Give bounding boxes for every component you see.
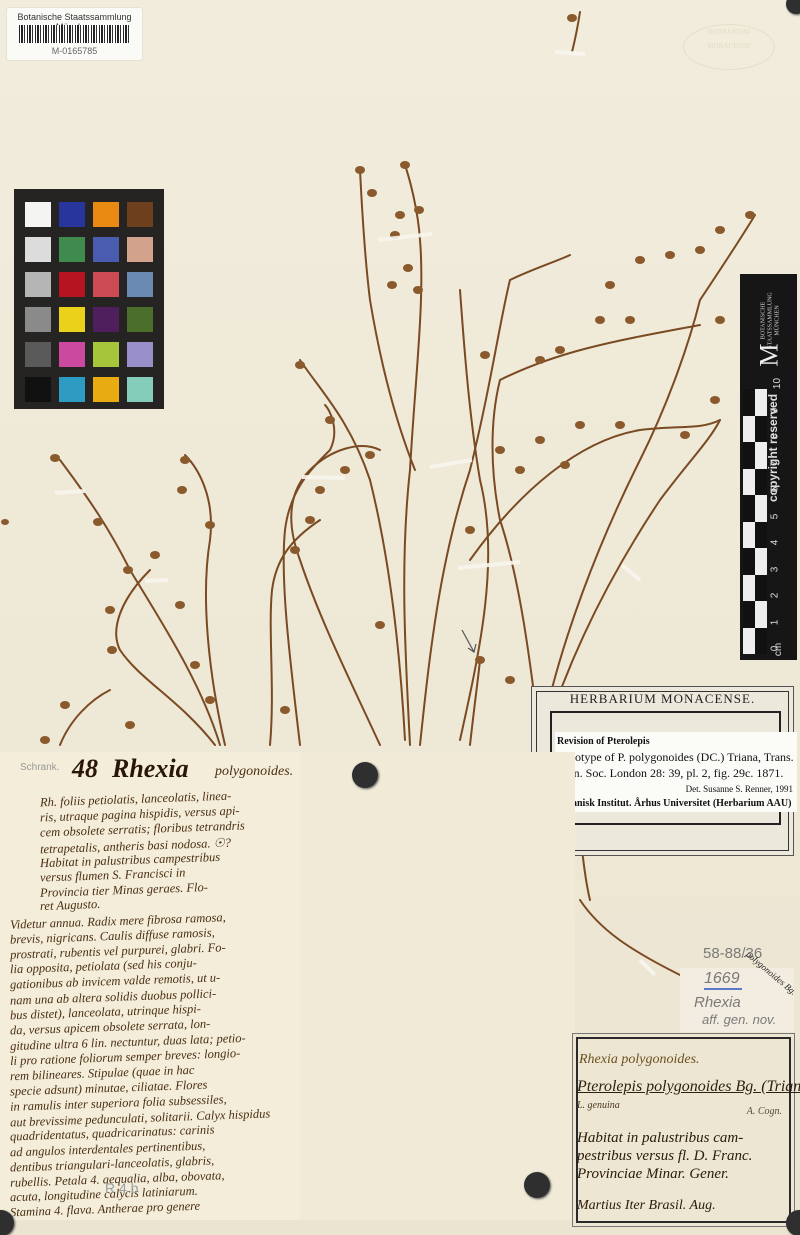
ruler-segment bbox=[743, 442, 755, 469]
scale-tick-label: 3 bbox=[769, 566, 780, 572]
color-swatch bbox=[25, 377, 51, 402]
mounting-pin bbox=[352, 762, 378, 788]
color-swatch bbox=[93, 342, 119, 367]
color-calibration-chart bbox=[14, 189, 164, 409]
pencil-note: R 4 b bbox=[105, 1180, 138, 1196]
institution-logo: BOTANISCHE STAATSSAMMLUNG MÜNCHEN M bbox=[744, 282, 794, 382]
barcode-icon bbox=[19, 25, 130, 43]
color-swatch bbox=[59, 237, 85, 262]
herbarium-sheet: Botanische Staatssammlung München M-0165… bbox=[0, 0, 800, 1235]
barcode-number: M-0165785 bbox=[7, 46, 142, 56]
revision-citation-line: Linn. Soc. London 28: 39, pl. 2, fig. 29… bbox=[557, 766, 783, 781]
scale-tick-label: 6 bbox=[769, 487, 780, 493]
mounting-pin bbox=[524, 1172, 550, 1198]
scale-tick-label: 8 bbox=[769, 434, 780, 440]
revision-institute: Botanisk Institut. Århus Universitet (He… bbox=[557, 798, 791, 809]
collection-remark: aff. gen. nov. bbox=[702, 1012, 776, 1027]
color-swatch bbox=[25, 342, 51, 367]
monogram-icon: M bbox=[755, 343, 785, 366]
color-swatch bbox=[127, 307, 153, 332]
revision-type-line: Holotype of P. polygonoides (DC.) Triana… bbox=[557, 750, 794, 765]
ruler-segment bbox=[755, 416, 767, 443]
scale-tick-label: 7 bbox=[769, 460, 780, 466]
scale-tick-label: 1 bbox=[769, 619, 780, 625]
scale-tick-label: 5 bbox=[769, 513, 780, 519]
manuscript-sheet: Schrank. 48 Rhexia polygonoides. Rh. fol… bbox=[0, 752, 575, 1220]
det-line-5: pestribus versus fl. D. Franc. bbox=[577, 1148, 752, 1165]
det-line-2: Pterolepis polygonoides Bg. (Triana) bbox=[577, 1078, 800, 1096]
color-swatch bbox=[25, 202, 51, 227]
copyright-text: copyright reserved bbox=[766, 382, 780, 502]
ruler-segment bbox=[755, 469, 767, 496]
genus-name: Rhexia bbox=[112, 754, 189, 784]
color-swatch bbox=[127, 237, 153, 262]
stamp-line-2: MONACENSE bbox=[684, 39, 774, 53]
det-author: A. Cogn. bbox=[747, 1106, 782, 1117]
ruler-segment bbox=[755, 522, 767, 549]
color-swatch bbox=[127, 202, 153, 227]
det-line-4: Habitat in palustribus cam- bbox=[577, 1130, 743, 1147]
revision-heading: Revision of Pterolepis bbox=[557, 736, 650, 747]
ruler-segment bbox=[743, 495, 755, 522]
color-swatch bbox=[127, 342, 153, 367]
manuscript-left-page: Schrank. 48 Rhexia polygonoides. Rh. fol… bbox=[0, 752, 301, 1220]
color-swatch bbox=[59, 307, 85, 332]
embossed-stamp: HERBARIUM MONACENSE bbox=[683, 24, 775, 70]
color-swatch bbox=[93, 307, 119, 332]
determination-label: Rhexia polygonoides. Pterolepis polygono… bbox=[572, 1033, 795, 1227]
ruler-segment bbox=[755, 628, 767, 655]
color-swatch bbox=[127, 272, 153, 297]
scale-tick-label: 10 bbox=[772, 378, 783, 389]
color-swatch bbox=[59, 377, 85, 402]
det-line-7: Martius Iter Brasil. Aug. bbox=[577, 1198, 716, 1214]
ruler bbox=[743, 389, 767, 654]
ruler-segment bbox=[743, 548, 755, 575]
stamp-line-1: HERBARIUM bbox=[684, 25, 774, 39]
det-line-3: L. genuina bbox=[577, 1100, 620, 1111]
determiner: Det. Susanne S. Renner, 1991 bbox=[686, 784, 793, 794]
color-swatch bbox=[93, 237, 119, 262]
ruler-segment bbox=[755, 575, 767, 602]
collection-note: 1669 polygonoides Bg. Rhexia aff. gen. n… bbox=[680, 968, 794, 1032]
herbarium-title: HERBARIUM MONACENSE. bbox=[532, 691, 793, 707]
scale-tick-label: 2 bbox=[769, 593, 780, 599]
species-name: polygonoides. bbox=[215, 764, 293, 780]
ruler-segment bbox=[743, 601, 755, 628]
barcode-label: Botanische Staatssammlung München M-0165… bbox=[7, 8, 142, 60]
blue-underline bbox=[704, 988, 742, 990]
color-swatch bbox=[25, 237, 51, 262]
color-swatch bbox=[59, 202, 85, 227]
collection-number: 1669 bbox=[704, 970, 740, 988]
manuscript-right-page bbox=[300, 752, 575, 1220]
color-swatch bbox=[25, 272, 51, 297]
manuscript-line: ret Augusto. bbox=[40, 897, 101, 914]
collection-name: Rhexia bbox=[694, 994, 741, 1011]
specimen-number: 48 bbox=[72, 754, 98, 784]
color-swatch bbox=[25, 307, 51, 332]
color-swatch bbox=[93, 377, 119, 402]
det-line-1: Rhexia polygonoides. bbox=[579, 1052, 700, 1068]
color-swatch bbox=[127, 377, 153, 402]
ruler-segment bbox=[743, 389, 755, 416]
color-swatch bbox=[59, 342, 85, 367]
corner-note: Schrank. bbox=[20, 762, 59, 773]
unit-label: cm bbox=[773, 643, 784, 656]
revision-label: Revision of Pterolepis Holotype of P. po… bbox=[555, 732, 797, 812]
det-line-6: Provinciae Minar. Gener. bbox=[577, 1166, 729, 1183]
scale-tick-label: 9 bbox=[769, 407, 780, 413]
scale-tick-label: 4 bbox=[769, 540, 780, 546]
color-swatch bbox=[93, 202, 119, 227]
mounting-pin bbox=[786, 1210, 800, 1235]
color-swatch bbox=[93, 272, 119, 297]
color-swatch bbox=[59, 272, 85, 297]
scale-bar: BOTANISCHE STAATSSAMMLUNG MÜNCHEN M copy… bbox=[740, 274, 797, 660]
